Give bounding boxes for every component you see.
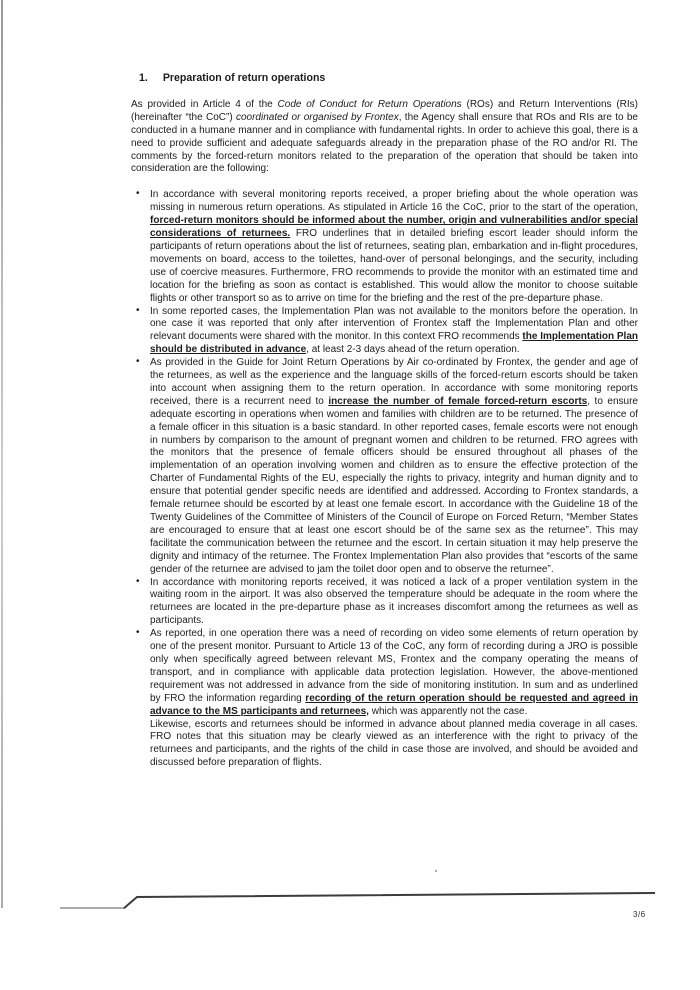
text-segment: As provided in Article 4 of the <box>131 99 278 110</box>
bullet-marker: • <box>136 188 140 201</box>
speck-artifact <box>435 870 437 872</box>
text-segment: coordinated or organised by Frontex <box>236 112 399 123</box>
bullet-paragraph: In some reported cases, the Implementati… <box>150 306 638 358</box>
bullet-item: •In accordance with several monitoring r… <box>131 189 638 305</box>
section-number: 1. <box>139 72 148 84</box>
text-segment: Code of Conduct for Return Operations <box>278 99 462 110</box>
bullet-paragraph: As provided in the Guide for Joint Retur… <box>150 357 638 576</box>
scan-edge-artifact <box>1 0 3 908</box>
section-title: Preparation of return operations <box>163 72 325 84</box>
bullet-item: •As reported, in one operation there was… <box>131 628 638 770</box>
text-segment: In accordance with monitoring reports re… <box>150 577 638 627</box>
text-segment: increase the number of female forced-ret… <box>328 396 587 407</box>
bullet-paragraph: In accordance with monitoring reports re… <box>150 577 638 629</box>
bullet-marker: • <box>136 305 140 318</box>
bullet-marker: • <box>136 576 140 589</box>
scan-fold-line <box>0 880 700 925</box>
section-heading: 1.Preparation of return operations <box>131 72 638 85</box>
bullet-item: •In accordance with monitoring reports r… <box>131 577 638 629</box>
bullet-paragraph: Likewise, escorts and returnees should b… <box>150 719 638 771</box>
text-segment: , at least 2-3 days ahead of the return … <box>306 344 519 355</box>
text-segment: which was apparently not the case. <box>369 706 527 717</box>
document-content: 1.Preparation of return operations As pr… <box>131 72 638 770</box>
document-page: 1.Preparation of return operations As pr… <box>0 0 700 990</box>
bullet-paragraph: As reported, in one operation there was … <box>150 628 638 718</box>
text-segment: In accordance with several monitoring re… <box>150 189 638 213</box>
bullet-item: •In some reported cases, the Implementat… <box>131 306 638 358</box>
intro-paragraph: As provided in Article 4 of the Code of … <box>131 99 638 176</box>
bullet-item: •As provided in the Guide for Joint Retu… <box>131 357 638 576</box>
text-segment: , to ensure adequate escorting in operat… <box>150 396 638 575</box>
text-segment: FRO underlines that in detailed briefing… <box>150 228 638 304</box>
bullet-marker: • <box>136 356 140 369</box>
bullet-paragraph: In accordance with several monitoring re… <box>150 189 638 305</box>
bullet-marker: • <box>136 627 140 640</box>
text-segment: Likewise, escorts and returnees should b… <box>150 719 638 769</box>
page-number: 3/6 <box>633 910 646 919</box>
bullet-list: •In accordance with several monitoring r… <box>131 189 638 770</box>
